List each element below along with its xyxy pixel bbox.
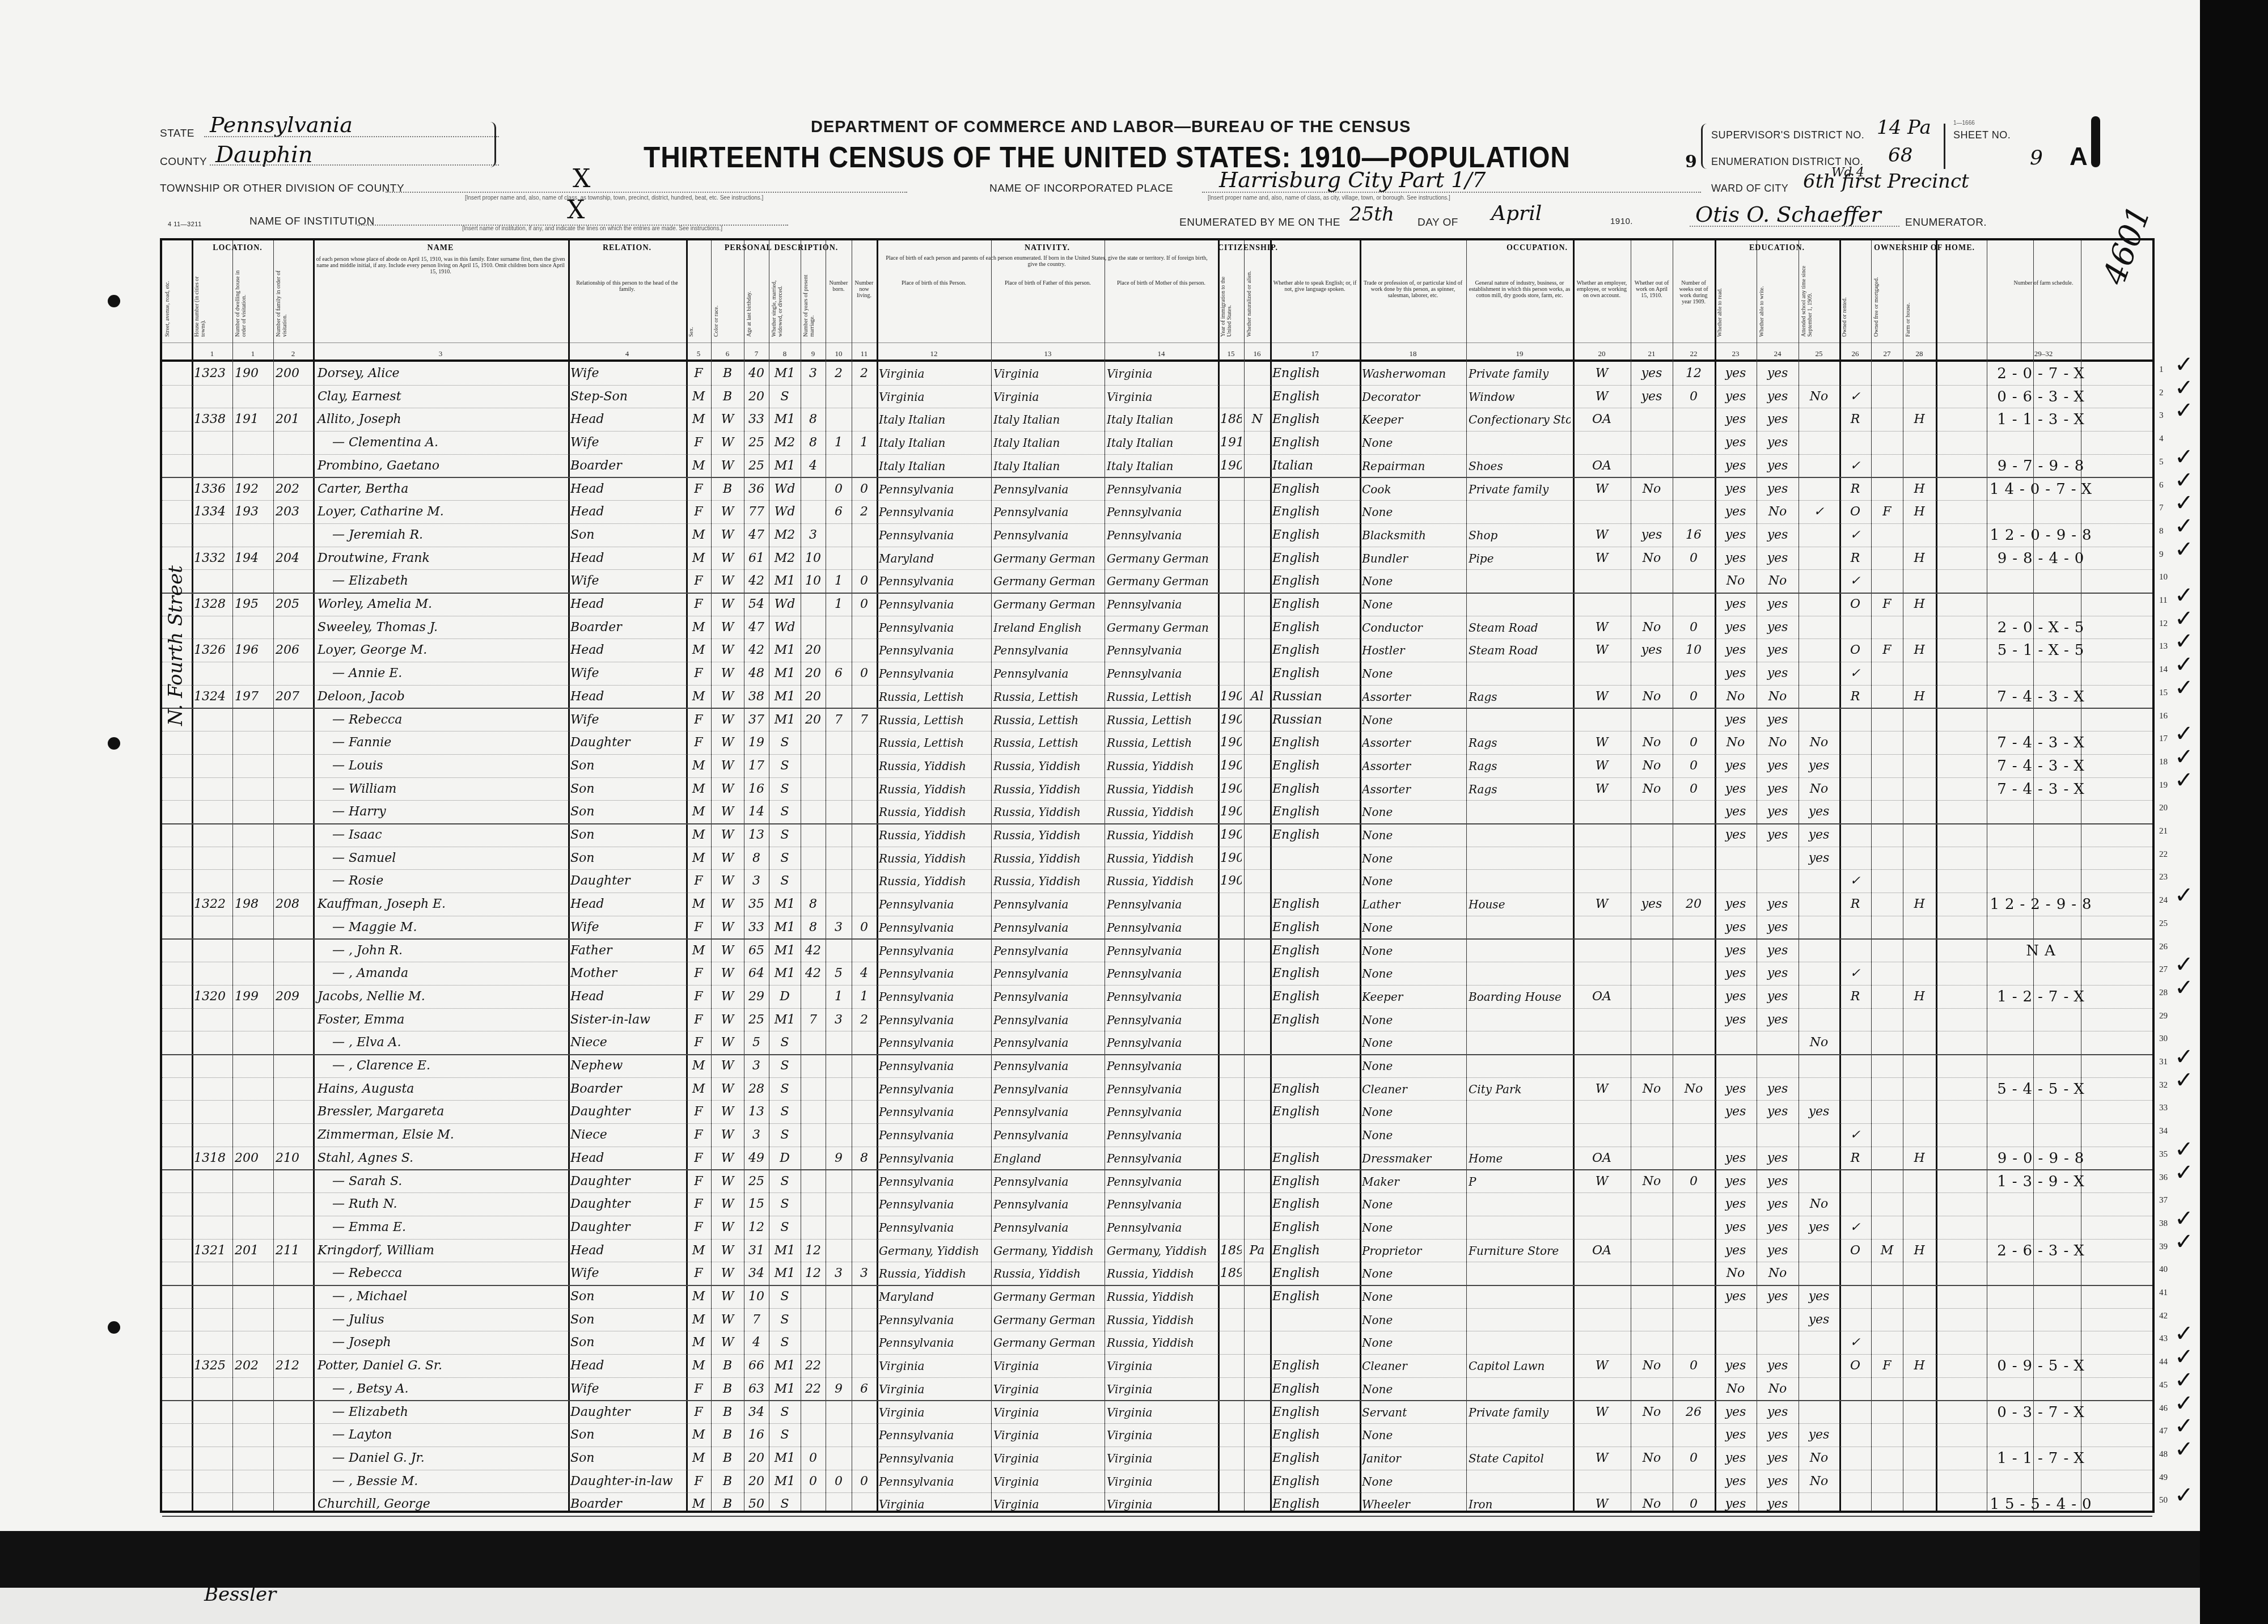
cell-birth-mother: Pennsylvania bbox=[1107, 986, 1216, 1008]
cell-birth-person: Russia, Yiddish bbox=[879, 1263, 989, 1284]
cell-relation: Head bbox=[570, 548, 684, 569]
cell-sex: M bbox=[688, 801, 709, 823]
cell-name: — Julius bbox=[315, 1309, 583, 1331]
cell-write: yes bbox=[1759, 432, 1796, 454]
cell-sex: F bbox=[688, 963, 709, 984]
cell-house bbox=[194, 663, 230, 684]
cell-write: yes bbox=[1759, 894, 1796, 915]
cell-free bbox=[1873, 1448, 1901, 1469]
cell-trade: Conductor bbox=[1362, 617, 1464, 638]
cell-family bbox=[276, 617, 311, 638]
cell-color: B bbox=[713, 479, 742, 500]
cell-dwelling bbox=[235, 1194, 271, 1215]
cell-industry: Pipe bbox=[1469, 548, 1571, 569]
line-number: 22 bbox=[2159, 850, 2168, 860]
cell-trade: Proprietor bbox=[1362, 1240, 1464, 1262]
cell-marital: M1 bbox=[771, 663, 798, 684]
line-number: 32 bbox=[2159, 1081, 2168, 1090]
cell-free bbox=[1873, 455, 1901, 477]
column-header-age: Age at last birthday. bbox=[746, 263, 767, 337]
cell-language: English bbox=[1272, 779, 1357, 800]
cell-family bbox=[276, 1448, 311, 1469]
cell-naturalized bbox=[1246, 386, 1268, 408]
cell-immigration bbox=[1220, 479, 1242, 500]
cell-age: 54 bbox=[746, 594, 767, 615]
cell-marital: M1 bbox=[771, 1471, 798, 1492]
cell-name: — Sarah S. bbox=[315, 1171, 583, 1192]
cell-living bbox=[854, 1032, 874, 1054]
table-row: Churchill, GeorgeBoarderMB50SVirginiaVir… bbox=[162, 1492, 2152, 1517]
cell-immigration bbox=[1220, 525, 1242, 546]
cell-immigration bbox=[1220, 1217, 1242, 1238]
cell-naturalized bbox=[1246, 525, 1268, 546]
cell-free bbox=[1873, 1424, 1901, 1446]
cell-school bbox=[1801, 432, 1837, 454]
cell-farm: H bbox=[1905, 1148, 1933, 1169]
cell-birth-person: Virginia bbox=[879, 1355, 989, 1377]
cell-family: 200 bbox=[276, 363, 311, 384]
cell-birth-mother: Italy Italian bbox=[1107, 409, 1216, 430]
cell-naturalized bbox=[1246, 1101, 1268, 1123]
cell-out-of-work: No bbox=[1633, 1355, 1670, 1377]
cell-birth-father: Italy Italian bbox=[993, 409, 1102, 430]
cell-marital: M1 bbox=[771, 894, 798, 915]
cell-employer: W bbox=[1575, 1079, 1628, 1100]
cell-immigration bbox=[1220, 617, 1242, 638]
cell-color: W bbox=[713, 755, 742, 777]
cell-free bbox=[1873, 617, 1901, 638]
cell-house bbox=[194, 1009, 230, 1031]
cell-codes bbox=[1938, 1101, 2149, 1123]
cell-birth-person: Pennsylvania bbox=[879, 617, 989, 638]
cell-language: English bbox=[1272, 1194, 1357, 1215]
cell-industry bbox=[1469, 1009, 1571, 1031]
ward-value: 6th first Precinct bbox=[1803, 170, 1969, 193]
cell-family bbox=[276, 1171, 311, 1192]
cell-owned: ✓ bbox=[1842, 663, 1869, 684]
cell-living: 1 bbox=[854, 432, 874, 454]
cell-dwelling bbox=[235, 525, 271, 546]
line-number: 26 bbox=[2159, 942, 2168, 952]
cell-birth-mother: Russia, Yiddish bbox=[1107, 779, 1216, 800]
cell-employer bbox=[1575, 1217, 1628, 1238]
cell-relation: Head bbox=[570, 986, 684, 1008]
cell-age: 31 bbox=[746, 1240, 767, 1262]
cell-birth-father: Italy Italian bbox=[993, 455, 1102, 477]
cell-name: — Annie E. bbox=[315, 663, 583, 684]
cell-farm: H bbox=[1905, 686, 1933, 708]
cell-farm: H bbox=[1905, 594, 1933, 615]
table-row: — LouisSonMW17SRussia, YiddishRussia, Yi… bbox=[162, 754, 2152, 778]
cell-employer: W bbox=[1575, 779, 1628, 800]
cell-relation: Daughter bbox=[570, 1101, 684, 1123]
cell-weeks-out bbox=[1675, 1471, 1712, 1492]
cell-color: W bbox=[713, 801, 742, 823]
cell-trade: None bbox=[1362, 1194, 1464, 1215]
cell-family bbox=[276, 755, 311, 777]
checkmark-icon: ✓ bbox=[2174, 721, 2194, 747]
cell-living bbox=[854, 409, 874, 430]
cell-birth-father: Pennsylvania bbox=[993, 640, 1102, 661]
table-row: 1332194204Droutwine, FrankHeadMW61M210Ma… bbox=[162, 547, 2152, 570]
cell-living bbox=[854, 755, 874, 777]
cell-codes: 15-5-4-0 bbox=[1938, 1494, 2149, 1515]
cell-naturalized bbox=[1246, 848, 1268, 869]
cell-school bbox=[1801, 363, 1837, 384]
cell-birth-father: Pennsylvania bbox=[993, 525, 1102, 546]
cell-employer bbox=[1575, 570, 1628, 592]
cell-immigration bbox=[1220, 963, 1242, 984]
cell-marital: M1 bbox=[771, 1355, 798, 1377]
cell-sex: M bbox=[688, 824, 709, 846]
cell-sex: M bbox=[688, 1424, 709, 1446]
table-row: 1336192202Carter, BerthaHeadFB36Wd00Penn… bbox=[162, 477, 2152, 501]
cell-house bbox=[194, 386, 230, 408]
cell-codes bbox=[1938, 1332, 2149, 1354]
supervisor-label: SUPERVISOR'S DISTRICT NO. bbox=[1711, 129, 1864, 141]
checkmark-icon: ✓ bbox=[2174, 352, 2194, 378]
cell-farm bbox=[1905, 1032, 1933, 1054]
cell-house: 1320 bbox=[194, 986, 230, 1008]
cell-industry bbox=[1469, 1194, 1571, 1215]
cell-sex: F bbox=[688, 917, 709, 938]
cell-age: 42 bbox=[746, 640, 767, 661]
enumerator-line bbox=[1690, 226, 1899, 227]
cell-write bbox=[1759, 1332, 1796, 1354]
cell-marital: S bbox=[771, 779, 798, 800]
cell-out-of-work: No bbox=[1633, 617, 1670, 638]
column-number: 13 bbox=[991, 349, 1105, 358]
cell-owned bbox=[1842, 1101, 1869, 1123]
cell-language: English bbox=[1272, 594, 1357, 615]
table-row: 1334193203Loyer, Catharine M.HeadFW77Wd6… bbox=[162, 500, 2152, 524]
cell-birth-father: Ireland English bbox=[993, 617, 1102, 638]
cell-age: 33 bbox=[746, 917, 767, 938]
corner-mark bbox=[2091, 116, 2100, 167]
cell-birth-mother: Pennsylvania bbox=[1107, 479, 1216, 500]
cell-free bbox=[1873, 1055, 1901, 1077]
cell-farm bbox=[1905, 386, 1933, 408]
column-number: 9 bbox=[801, 349, 826, 358]
cell-born bbox=[828, 455, 849, 477]
cell-dwelling bbox=[235, 1217, 271, 1238]
table-row: Hains, AugustaBoarderMW28SPennsylvaniaPe… bbox=[162, 1077, 2152, 1101]
column-header-employer: Whether an employer, employee, or workin… bbox=[1575, 280, 1628, 342]
cell-sex: M bbox=[688, 1055, 709, 1077]
cell-naturalized bbox=[1246, 1194, 1268, 1215]
cell-out-of-work bbox=[1633, 1286, 1670, 1308]
cell-out-of-work: yes bbox=[1633, 386, 1670, 408]
cell-sex: F bbox=[688, 479, 709, 500]
cell-language: English bbox=[1272, 1009, 1357, 1031]
column-number: 7 bbox=[744, 349, 769, 358]
cell-birth-mother: Russia, Yiddish bbox=[1107, 870, 1216, 892]
cell-birth-person: Pennsylvania bbox=[879, 986, 989, 1008]
sheet-value: 9 bbox=[2030, 146, 2043, 170]
cell-weeks-out bbox=[1675, 801, 1712, 823]
cell-dwelling: 197 bbox=[235, 686, 271, 708]
column-header-sex: Sex. bbox=[688, 263, 709, 337]
cell-age: 25 bbox=[746, 1171, 767, 1192]
column-header-living: Number now living. bbox=[854, 280, 874, 342]
table-row: — , Elva A.NieceFW5SPennsylvaniaPennsylv… bbox=[162, 1031, 2152, 1055]
cell-employer bbox=[1575, 1009, 1628, 1031]
cell-employer bbox=[1575, 1194, 1628, 1215]
cell-birth-mother: Virginia bbox=[1107, 1424, 1216, 1446]
cell-weeks-out bbox=[1675, 1055, 1712, 1077]
cell-employer bbox=[1575, 1032, 1628, 1054]
cell-weeks-out bbox=[1675, 917, 1712, 938]
cell-color: W bbox=[713, 432, 742, 454]
form-number: 1—1666 bbox=[1953, 120, 1975, 126]
cell-read: yes bbox=[1717, 1079, 1754, 1100]
line-number: 35 bbox=[2159, 1150, 2168, 1160]
cell-school: No bbox=[1801, 1194, 1837, 1215]
cell-birth-mother: Pennsylvania bbox=[1107, 940, 1216, 962]
column-number: 18 bbox=[1360, 349, 1466, 358]
cell-out-of-work bbox=[1633, 940, 1670, 962]
cell-born bbox=[828, 1332, 849, 1354]
checkmark-icon: ✓ bbox=[2174, 1482, 2194, 1508]
punch-hole bbox=[108, 1321, 120, 1334]
cell-living: 2 bbox=[854, 1009, 874, 1031]
cell-sex: F bbox=[688, 1124, 709, 1146]
cell-owned: O bbox=[1842, 640, 1869, 661]
line-number: 23 bbox=[2159, 873, 2168, 882]
cell-family bbox=[276, 1079, 311, 1100]
cell-relation: Daughter bbox=[570, 1194, 684, 1215]
cell-write bbox=[1759, 870, 1796, 892]
cell-age: 16 bbox=[746, 779, 767, 800]
cell-language: English bbox=[1272, 755, 1357, 777]
cell-codes: 5-4-5-X bbox=[1938, 1079, 2149, 1100]
cell-read: yes bbox=[1717, 1240, 1754, 1262]
cell-weeks-out bbox=[1675, 455, 1712, 477]
cell-free bbox=[1873, 963, 1901, 984]
cell-farm bbox=[1905, 617, 1933, 638]
punch-hole bbox=[108, 295, 120, 307]
cell-out-of-work bbox=[1633, 1055, 1670, 1077]
checkmark-icon: ✓ bbox=[2174, 1390, 2194, 1416]
cell-write: yes bbox=[1759, 594, 1796, 615]
cell-dwelling bbox=[235, 1378, 271, 1400]
cell-years-married: 22 bbox=[803, 1378, 823, 1400]
cell-family bbox=[276, 386, 311, 408]
cell-free: F bbox=[1873, 594, 1901, 615]
cell-employer bbox=[1575, 1055, 1628, 1077]
cell-birth-person: Russia, Yiddish bbox=[879, 755, 989, 777]
cell-color: W bbox=[713, 663, 742, 684]
cell-birth-person: Italy Italian bbox=[879, 432, 989, 454]
cell-school: yes bbox=[1801, 824, 1837, 846]
cell-out-of-work bbox=[1633, 1148, 1670, 1169]
checkmark-icon: ✓ bbox=[2174, 1160, 2194, 1186]
cell-dwelling: 192 bbox=[235, 479, 271, 500]
cell-codes: 1-3-9-X bbox=[1938, 1171, 2149, 1192]
cell-out-of-work: No bbox=[1633, 732, 1670, 754]
cell-immigration bbox=[1220, 1286, 1242, 1308]
cell-years-married: 10 bbox=[803, 548, 823, 569]
cell-immigration bbox=[1220, 1009, 1242, 1031]
cell-birth-father: Pennsylvania bbox=[993, 1055, 1102, 1077]
cell-read bbox=[1717, 848, 1754, 869]
cell-relation: Boarder bbox=[570, 1494, 684, 1515]
cell-sex: F bbox=[688, 1263, 709, 1284]
cell-trade: None bbox=[1362, 848, 1464, 869]
cell-naturalized: N bbox=[1246, 409, 1268, 430]
cell-owned: R bbox=[1842, 548, 1869, 569]
cell-school bbox=[1801, 455, 1837, 477]
cell-color: W bbox=[713, 1032, 742, 1054]
cell-birth-mother: Pennsylvania bbox=[1107, 1217, 1216, 1238]
cell-weeks-out bbox=[1675, 409, 1712, 430]
cell-weeks-out bbox=[1675, 940, 1712, 962]
cell-house: 1322 bbox=[194, 894, 230, 915]
cell-sex: M bbox=[688, 1355, 709, 1377]
cell-age: 34 bbox=[746, 1402, 767, 1423]
cell-weeks-out bbox=[1675, 1286, 1712, 1308]
cell-years-married bbox=[803, 1309, 823, 1331]
cell-birth-person: Russia, Yiddish bbox=[879, 870, 989, 892]
cell-write: yes bbox=[1759, 963, 1796, 984]
cell-age: 20 bbox=[746, 1448, 767, 1469]
cell-read: yes bbox=[1717, 1101, 1754, 1123]
table-row: — HarrySonMW14SRussia, YiddishRussia, Yi… bbox=[162, 800, 2152, 824]
cell-relation: Daughter bbox=[570, 1217, 684, 1238]
cell-industry bbox=[1469, 594, 1571, 615]
cell-read: yes bbox=[1717, 1194, 1754, 1215]
cell-language bbox=[1272, 870, 1357, 892]
cell-owned bbox=[1842, 755, 1869, 777]
cell-years-married bbox=[803, 1194, 823, 1215]
cell-farm bbox=[1905, 917, 1933, 938]
cell-years-married bbox=[803, 1494, 823, 1515]
cell-years-married: 42 bbox=[803, 940, 823, 962]
cell-living bbox=[854, 940, 874, 962]
cell-sex: F bbox=[688, 432, 709, 454]
table-row: — RebeccaWifeFW37M12077Russia, LettishRu… bbox=[162, 708, 2152, 732]
cell-name: — Joseph bbox=[315, 1332, 583, 1354]
cell-marital: S bbox=[771, 1079, 798, 1100]
cell-age: 38 bbox=[746, 686, 767, 708]
cell-immigration bbox=[1220, 1079, 1242, 1100]
cell-employer: W bbox=[1575, 386, 1628, 408]
checkmark-icon: ✓ bbox=[2174, 1321, 2194, 1347]
cell-marital: S bbox=[771, 1171, 798, 1192]
cell-write: yes bbox=[1759, 1148, 1796, 1169]
line-number: 48 bbox=[2159, 1450, 2168, 1460]
cell-house bbox=[194, 1217, 230, 1238]
cell-read: yes bbox=[1717, 363, 1754, 384]
cell-naturalized bbox=[1246, 1032, 1268, 1054]
cell-born: 5 bbox=[828, 963, 849, 984]
cell-birth-mother: Pennsylvania bbox=[1107, 501, 1216, 523]
cell-born bbox=[828, 386, 849, 408]
cell-family bbox=[276, 917, 311, 938]
cell-read bbox=[1717, 1309, 1754, 1331]
cell-read: yes bbox=[1717, 617, 1754, 638]
cell-codes: 1-1-3-X bbox=[1938, 409, 2149, 430]
line-number: 25 bbox=[2159, 919, 2168, 929]
cell-immigration bbox=[1220, 1494, 1242, 1515]
cell-free bbox=[1873, 1263, 1901, 1284]
cell-employer: W bbox=[1575, 1355, 1628, 1377]
cell-codes: 1-2-7-X bbox=[1938, 986, 2149, 1008]
cell-school bbox=[1801, 1055, 1837, 1077]
cell-free bbox=[1873, 432, 1901, 454]
cell-read: yes bbox=[1717, 963, 1754, 984]
cell-read bbox=[1717, 870, 1754, 892]
cell-trade: None bbox=[1362, 1055, 1464, 1077]
cell-owned bbox=[1842, 940, 1869, 962]
cell-weeks-out bbox=[1675, 432, 1712, 454]
cell-family bbox=[276, 940, 311, 962]
cell-marital: S bbox=[771, 1217, 798, 1238]
cell-years-married: 8 bbox=[803, 409, 823, 430]
cell-language: English bbox=[1272, 363, 1357, 384]
cell-weeks-out bbox=[1675, 1194, 1712, 1215]
cell-birth-father: Germany German bbox=[993, 594, 1102, 615]
cell-language: English bbox=[1272, 570, 1357, 592]
cell-years-married bbox=[803, 1217, 823, 1238]
cell-living bbox=[854, 525, 874, 546]
cell-naturalized bbox=[1246, 479, 1268, 500]
cell-birth-person: Maryland bbox=[879, 548, 989, 569]
cell-age: 50 bbox=[746, 1494, 767, 1515]
cell-naturalized bbox=[1246, 1494, 1268, 1515]
checkmark-icon: ✓ bbox=[2174, 628, 2194, 654]
cell-immigration bbox=[1220, 1471, 1242, 1492]
cell-industry: Furniture Store bbox=[1469, 1240, 1571, 1262]
line-number: 9 bbox=[2159, 550, 2164, 560]
cell-read: yes bbox=[1717, 1471, 1754, 1492]
cell-color: W bbox=[713, 1286, 742, 1308]
cell-living bbox=[854, 1171, 874, 1192]
cell-born: 3 bbox=[828, 1009, 849, 1031]
cell-birth-father: Russia, Yiddish bbox=[993, 848, 1102, 869]
cell-born: 2 bbox=[828, 363, 849, 384]
cell-trade: None bbox=[1362, 870, 1464, 892]
cell-birth-person: Russia, Lettish bbox=[879, 686, 989, 708]
cell-write bbox=[1759, 1309, 1796, 1331]
cell-birth-mother: Pennsylvania bbox=[1107, 525, 1216, 546]
cell-age: 34 bbox=[746, 1263, 767, 1284]
table-row: — Sarah S.DaughterFW25SPennsylvaniaPenns… bbox=[162, 1170, 2152, 1194]
cell-school: yes bbox=[1801, 1309, 1837, 1331]
cell-out-of-work bbox=[1633, 824, 1670, 846]
cell-immigration bbox=[1220, 363, 1242, 384]
cell-language: English bbox=[1272, 1424, 1357, 1446]
cell-dwelling bbox=[235, 1494, 271, 1515]
cell-school bbox=[1801, 963, 1837, 984]
cell-birth-father: Pennsylvania bbox=[993, 501, 1102, 523]
cell-codes bbox=[1938, 1471, 2149, 1492]
cell-codes: NA bbox=[1938, 940, 2149, 962]
cell-house bbox=[194, 779, 230, 800]
cell-dwelling bbox=[235, 570, 271, 592]
cell-years-married: 8 bbox=[803, 894, 823, 915]
township-note: [Insert proper name and, also, name of c… bbox=[465, 195, 763, 201]
cell-school bbox=[1801, 594, 1837, 615]
table-row: — Maggie M.WifeFW33M1830PennsylvaniaPenn… bbox=[162, 916, 2152, 940]
cell-sex: M bbox=[688, 779, 709, 800]
cell-weeks-out: 0 bbox=[1675, 386, 1712, 408]
cell-name: Hains, Augusta bbox=[315, 1079, 568, 1100]
cell-trade: None bbox=[1362, 1286, 1464, 1308]
sheet-side: A bbox=[2070, 143, 2088, 171]
cell-birth-person: Pennsylvania bbox=[879, 1332, 989, 1354]
cell-family bbox=[276, 1286, 311, 1308]
